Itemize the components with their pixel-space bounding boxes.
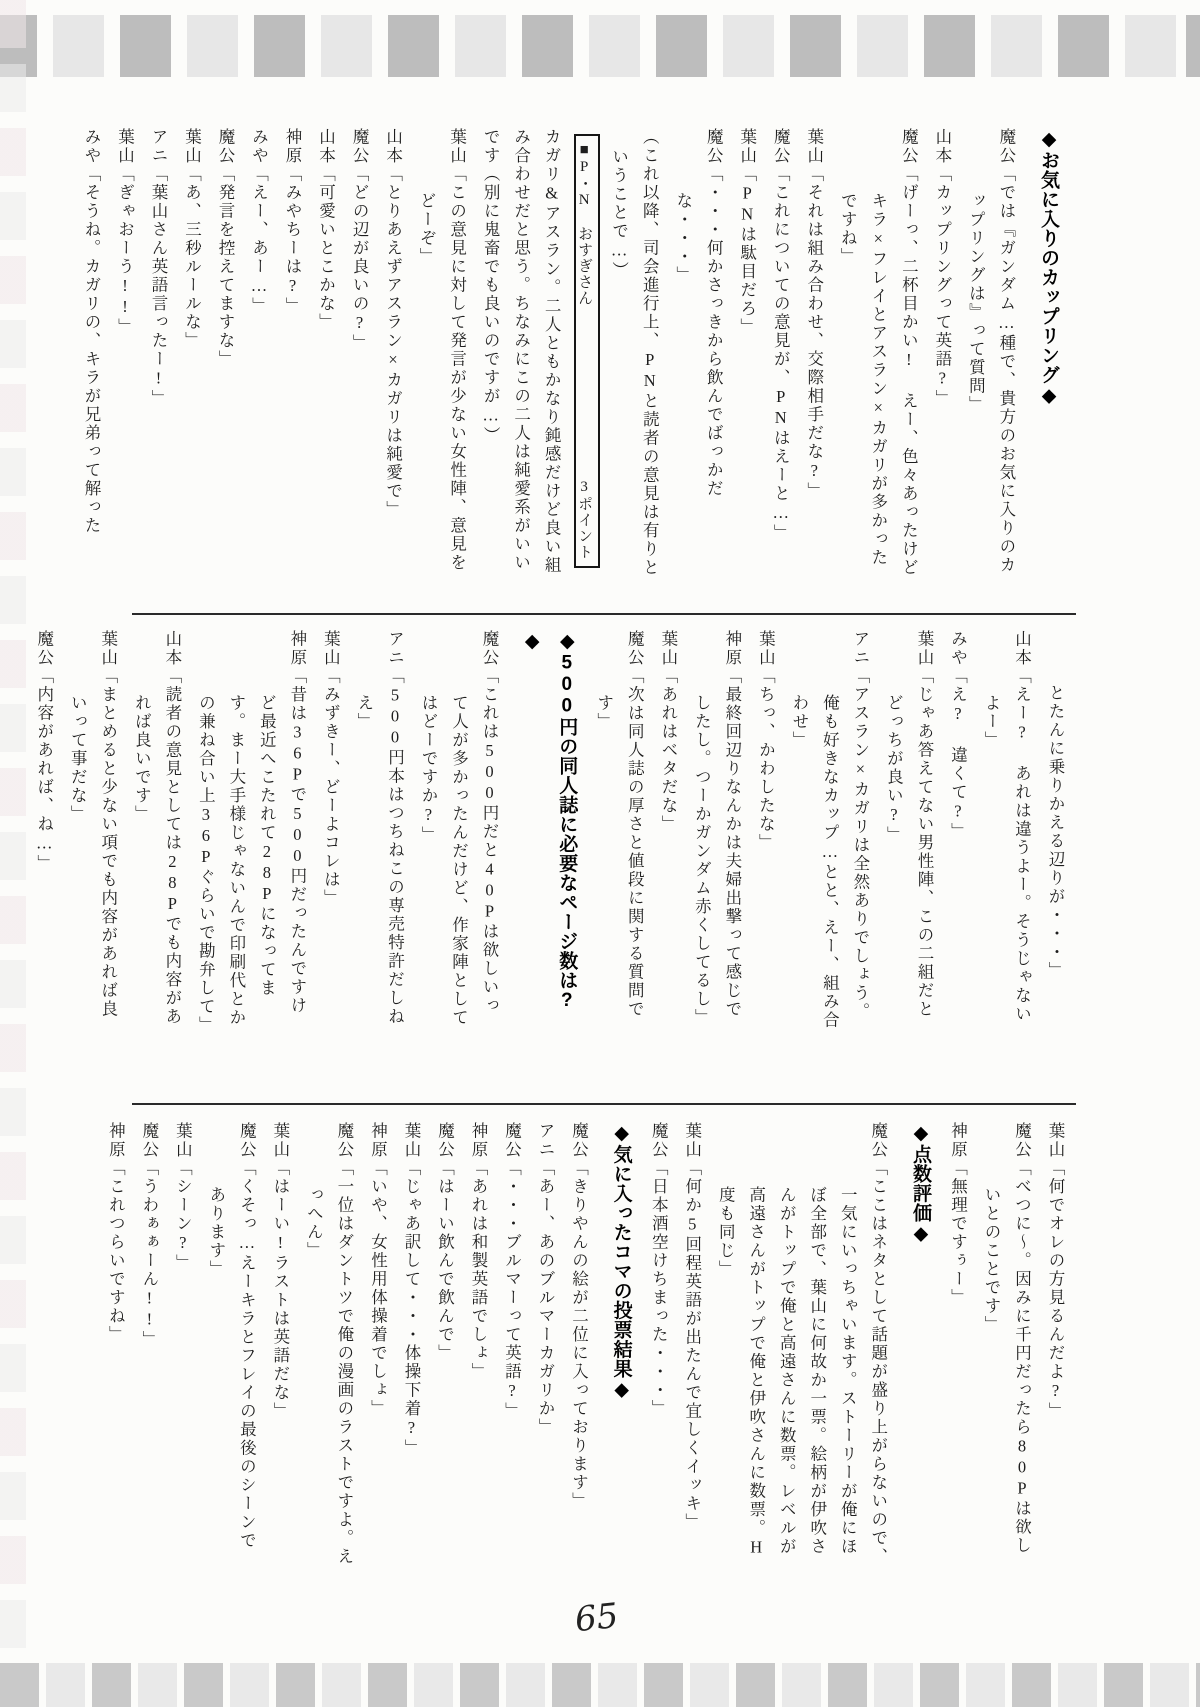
speaker-name: 魔公	[480, 630, 499, 667]
dialogue-line: 葉山「あ、三秒ルールな」	[176, 128, 207, 580]
dialogue-line: 魔公「くそっ…えーキラとフレイの最後のシーンであります」	[200, 1122, 261, 1567]
dialogue-text: 「PNは駄目だろ」	[738, 165, 757, 337]
dialogue-line: 葉山「この意見に対して発言が少ない女性陣、意見をどーぞ」	[411, 128, 472, 580]
dialogue-text: 「はーい!ラストは英語だな」	[271, 1159, 290, 1421]
speaker-name: 魔公	[625, 630, 644, 667]
dialogue-text: 「それは組み合わせ、交際相手だな?」	[805, 165, 824, 501]
dialogue-line: 山本「えー? あれは違うよー。そうじゃないよー」	[975, 630, 1036, 1030]
dialogue-text: 「アスラン×カガリは全然ありでしょう。俺も好きなカップ…とと、えー、組み合わせ」	[790, 667, 870, 1030]
speaker-name: 魔公	[216, 128, 235, 165]
dialogue-line: 葉山「じゃあ答えてない男性陣、この二組だとどっちが良い?」	[878, 630, 939, 1030]
speaker-name: みや	[82, 128, 101, 165]
dialogue-line: 魔公「内容があれば、ね…」	[28, 630, 59, 1030]
speaker-name: 葉山	[271, 1122, 290, 1159]
dialogue-line: 葉山「まとめると少ない項でも内容があれば良いって事だな」	[62, 630, 123, 1030]
speaker-name: 葉山	[173, 1122, 192, 1159]
dialogue-text: 「日本酒空けちまった・・・」	[649, 1159, 668, 1418]
dialogue-line: 神原「昔は36Pで500円だったんですけど最近へこたれて28Pになってます。まー…	[190, 630, 312, 1030]
page-number: 65	[573, 1596, 620, 1640]
dialogue-text: 「では『ガンダム…種で、貴方のお気に入りのカップリングは』って質問」	[966, 165, 1016, 575]
section-header: ◆お気に入りのカップリング◆	[1031, 128, 1066, 580]
dialogue-text: 「どの辺が良いの?」	[350, 165, 369, 353]
dialogue-text: 「みやちーは?」	[283, 165, 302, 316]
dialogue-line: 魔公「日本酒空けちまった・・・」	[643, 1122, 674, 1567]
dialogue-text: 「カップリングって英語?」	[933, 165, 952, 408]
speaker-name: 神原	[106, 1122, 125, 1159]
dialogue-text: 「あ、三秒ルールな」	[182, 165, 201, 350]
section-divider-rule	[132, 613, 1076, 615]
dialogue-line: 魔公「では『ガンダム…種で、貴方のお気に入りのカップリングは』って質問」	[960, 128, 1021, 580]
section-header: ◆点数評価◆	[903, 1122, 938, 1567]
dialogue-text: 「え? 違くて?」	[948, 667, 967, 841]
dialogue-line: 魔公「次は同人誌の厚さと値段に関する質問です」	[588, 630, 649, 1030]
dialogue-line: 神原「みやちーは?」	[277, 128, 308, 580]
dialogue-line: 魔公「これについての意見が、PNはえーと…」	[765, 128, 796, 580]
dialogue-line: 葉山「みずきー、どーよコレは」	[315, 630, 346, 1030]
dialogue-line: 魔公「ここはネタとして話題が盛り上がらないので、一気にいっちゃいます。ストーリー…	[710, 1122, 893, 1567]
dialogue-text: 「可愛いとこかな」	[317, 165, 336, 332]
top-checker-border	[0, 15, 1200, 77]
speaker-name: みや	[250, 128, 269, 165]
dialogue-line: みや「え? 違くて?」	[942, 630, 973, 1030]
dialogue-line: 神原「あれは和製英語でしょ」	[462, 1122, 493, 1567]
speaker-name: 葉山	[1046, 1122, 1065, 1159]
dialogue-text: 「はーい飲んで飲んで」	[435, 1159, 454, 1363]
speaker-name: アニ	[536, 1122, 555, 1159]
dialogue-text: 「・・・何かさっきから飲んでばっかだな・・・」	[674, 165, 724, 498]
dialogue-text: 「そうね。カガリの、キラが兄弟って解った	[82, 165, 101, 535]
speaker-name: 山本	[1012, 630, 1031, 667]
dialogue-line: 神原「これつらいですね」	[100, 1122, 131, 1567]
dialogue-line: 葉山「はーい!ラストは英語だな」	[264, 1122, 295, 1567]
speaker-name: 葉山	[448, 128, 467, 165]
speaker-name: 魔公	[140, 1122, 159, 1159]
speaker-name: アニ	[385, 630, 404, 667]
dialogue-text: 「えー? あれは違うよー。そうじゃないよー」	[982, 667, 1032, 1024]
dialogue-text: 「何でオレの方見るんだよ?」	[1046, 1159, 1065, 1421]
speaker-name: 葉山	[659, 630, 678, 667]
dialogue-line: 山本「カップリングって英語?」	[926, 128, 957, 580]
speaker-name: 魔公	[1012, 1122, 1031, 1159]
speaker-name: 魔公	[237, 1122, 256, 1159]
speaker-name: 魔公	[704, 128, 723, 165]
scanned-doujinshi-page: ◆お気に入りのカップリング◆魔公「では『ガンダム…種で、貴方のお気に入りのカップ…	[0, 0, 1200, 1707]
dialogue-line: 葉山「それは組み合わせ、交際相手だな?」	[798, 128, 829, 580]
speaker-name: 葉山	[99, 630, 118, 667]
comment-line: カガリ&アスラン。二人ともかなり鈍感だけど良い組み合わせだと思う。ちなみにこの二…	[475, 128, 567, 580]
dialogue-line: 魔公「これは500円だと40Pは欲しいって人が多かったんだけど、作家陣としてはど…	[412, 630, 504, 1030]
speaker-name: 魔公	[350, 128, 369, 165]
dialogue-text: 「昔は36Pで500円だったんですけど最近へこたれて28Pになってます。まー大手…	[196, 667, 307, 1035]
dialogue-text: 「発言を控えてますな」	[216, 165, 235, 369]
dialogue-line: 魔公「・・・ブルマーって英語?」	[496, 1122, 527, 1567]
point-label: 3ポイント	[577, 479, 597, 560]
dialogue-line: 魔公「発言を控えてますな」	[209, 128, 240, 580]
dialogue-line: 山本「可愛いとこかな」	[310, 128, 341, 580]
dialogue-line: 山本「とりあえずアスラン×カガリは純愛で」	[377, 128, 408, 580]
dialogue-text: 「げーっ、二杯目かい! えー、色々あったけどキラ×フレイとアスラン×カガリが多か…	[838, 165, 918, 577]
speaker-name: アニ	[149, 128, 168, 165]
dialogue-line: 神原「無理ですぅー」	[942, 1122, 973, 1567]
dialogue-line: アニ「あー、あのブルマーカガリか」	[530, 1122, 561, 1567]
dialogue-line: みや「えー、あー…」	[243, 128, 274, 580]
speaker-name: 魔公	[869, 1122, 888, 1159]
dialogue-line: 魔公「うわぁぁーん!!」	[133, 1122, 164, 1567]
pn-label: ■P・N おすぎさん	[577, 142, 597, 306]
speaker-name: 葉山	[805, 128, 824, 165]
speaker-name: 神原	[288, 630, 307, 667]
dialogue-text: 「これつらいですね」	[106, 1159, 125, 1344]
speaker-name: 魔公	[35, 630, 54, 667]
pn-point-box: ■P・N おすぎさん3ポイント	[574, 134, 600, 568]
dialogue-line: 魔公「べつに～。因みに千円だったら80Pは欲しいとのことです」	[975, 1122, 1036, 1567]
dialogue-line: 葉山「PNは駄目だろ」	[731, 128, 762, 580]
dialogue-text: 「ここはネタとして話題が盛り上がらないので、一気にいっちゃいます。ストーリーが俺…	[716, 1159, 888, 1566]
speaker-name: 葉山	[756, 630, 775, 667]
speaker-name: 魔公	[435, 1122, 454, 1159]
dialogue-line: 神原「いや、女性用体操着でしょ」	[362, 1122, 393, 1567]
speaker-name: 葉山	[115, 128, 134, 165]
speaker-name: 山本	[933, 128, 952, 165]
dialogue-text: 「これは500円だと40Pは欲しいって人が多かったんだけど、作家陣としてはどーで…	[419, 667, 499, 1027]
speaker-name: 魔公	[649, 1122, 668, 1159]
speaker-name: 神原	[368, 1122, 387, 1159]
dialogue-text: 「まとめると少ない項でも内容があれば良いって事だな」	[68, 667, 118, 1019]
dialogue-text: 「これについての意見が、PNはえーと…」	[771, 165, 790, 543]
continuation-line: とたんに乗りかえる辺りが・・・」	[1039, 630, 1070, 1030]
dialogue-text: 「この意見に対して発言が少ない女性陣、意見をどーぞ」	[417, 165, 467, 572]
dialogue-line: 魔公「どの辺が良いの?」	[344, 128, 375, 580]
dialogue-line: 魔公「はーい飲んで飲んで」	[429, 1122, 460, 1567]
speaker-name: 山本	[163, 630, 182, 667]
speaker-name: 魔公	[899, 128, 918, 165]
note-line: （これ以降、司会進行上、PNと読者の意見は有りということで…）	[603, 128, 664, 580]
dialogue-line: みや「そうね。カガリの、キラが兄弟って解った	[75, 128, 106, 580]
dialogue-text: 「・・・ブルマーって英語?」	[503, 1159, 522, 1421]
dialogue-line: 魔公「きりやんの絵が二位に入っております」	[563, 1122, 594, 1567]
dialogue-text: 「あれはベタだな」	[659, 667, 678, 834]
speaker-name: 魔公	[771, 128, 790, 165]
dialogue-line: 葉山「ぎゃおーう!!」	[109, 128, 140, 580]
speaker-name: 山本	[317, 128, 336, 165]
left-checker-border	[0, 0, 26, 1707]
speaker-name: 神原	[723, 630, 742, 667]
dialogue-line: 魔公「一位はダントツで俺の漫画のラストですよ。えっへん」	[298, 1122, 359, 1567]
dialogue-text: 「あれは和製英語でしょ」	[469, 1159, 488, 1381]
speaker-name: 葉山	[182, 128, 201, 165]
dialogue-line: 魔公「げーっ、二杯目かい! えー、色々あったけどキラ×フレイとアスラン×カガリが…	[832, 128, 924, 580]
section-header: ◆気に入ったコマの投票結果◆	[604, 1122, 639, 1567]
dialogue-text: 「シーン?」	[173, 1159, 192, 1273]
dialogue-line: 葉山「じゃあ訳して・・・体操下着?」	[395, 1122, 426, 1567]
dialogue-text: 「きりやんの絵が二位に入っております」	[570, 1159, 589, 1511]
speaker-name: 神原	[283, 128, 302, 165]
dialogue-text: 「じゃあ答えてない男性陣、この二組だとどっちが良い?」	[884, 667, 934, 1019]
speaker-name: 魔公	[997, 128, 1016, 165]
text-band-top: ◆お気に入りのカップリング◆魔公「では『ガンダム…種で、貴方のお気に入りのカップ…	[120, 128, 1070, 580]
dialogue-text: 「べつに～。因みに千円だったら80Pは欲しいとのことです」	[982, 1159, 1032, 1555]
dialogue-text: 「一位はダントツで俺の漫画のラストですよ。えっへん」	[304, 1159, 354, 1566]
dialogue-text: 「くそっ…えーキラとフレイの最後のシーンであります」	[207, 1159, 257, 1550]
dialogue-line: アニ「アスラン×カガリは全然ありでしょう。俺も好きなカップ…とと、えー、組み合わ…	[783, 630, 875, 1030]
dialogue-text: 「内容があれば、ね…」	[35, 667, 54, 873]
speaker-name: 葉山	[915, 630, 934, 667]
dialogue-line: 葉山「あれはベタだな」	[652, 630, 683, 1030]
section-header: ◆500円の同人誌に必要なページ数は?◆	[514, 630, 584, 1030]
speaker-name: 葉山	[402, 1122, 421, 1159]
dialogue-text: 「あー、あのブルマーカガリか」	[536, 1159, 555, 1437]
dialogue-line: 魔公「・・・何かさっきから飲んでばっかだな・・・」	[667, 128, 728, 580]
dialogue-text: 「葉山さん英語言ったー!」	[149, 165, 168, 408]
dialogue-text: 「500円本はつちねこの専売特許だしねえ」	[355, 667, 405, 1026]
speaker-name: 神原	[469, 1122, 488, 1159]
dialogue-line: 葉山「何か5回程英語が出たんで宜しくイッキ」	[676, 1122, 707, 1567]
speaker-name: アニ	[851, 630, 870, 667]
section-divider-rule	[132, 1103, 1076, 1105]
dialogue-text: 「何か5回程英語が出たんで宜しくイッキ」	[683, 1159, 702, 1532]
dialogue-text: 「読者の意見としては28Pでも内容があれば良いです」	[132, 667, 182, 1026]
bottom-checker-border	[0, 1663, 1200, 1707]
dialogue-text: 「最終回辺りなんかは夫婦出撃って感じでしたし。つーかガンダム赤くしてるし」	[692, 667, 742, 1027]
speaker-name: 葉山	[321, 630, 340, 667]
dialogue-line: 葉山「シーン?」	[167, 1122, 198, 1567]
speaker-name: 山本	[384, 128, 403, 165]
dialogue-line: 葉山「ちっ、かわしたな」	[750, 630, 781, 1030]
dialogue-line: 葉山「何でオレの方見るんだよ?」	[1039, 1122, 1070, 1567]
speaker-name: 魔公	[570, 1122, 589, 1159]
dialogue-line: アニ「葉山さん英語言ったー!」	[142, 128, 173, 580]
dialogue-text: 「うわぁぁーん!!」	[140, 1159, 159, 1349]
dialogue-text: 「みずきー、どーよコレは」	[321, 667, 340, 908]
dialogue-text: 「とりあえずアスラン×カガリは純愛で」	[384, 165, 403, 519]
dialogue-text: 「ちっ、かわしたな」	[756, 667, 775, 852]
dialogue-text: 「無理ですぅー」	[948, 1159, 967, 1307]
speaker-name: 魔公	[335, 1122, 354, 1159]
speaker-name: 葉山	[738, 128, 757, 165]
speaker-name: みや	[948, 630, 967, 667]
dialogue-text: 「えー、あー…」	[250, 165, 269, 316]
dialogue-text: 「ぎゃおーう!!」	[115, 165, 134, 337]
dialogue-text: 「次は同人誌の厚さと値段に関する質問です」	[595, 667, 645, 1019]
dialogue-line: 神原「最終回辺りなんかは夫婦出撃って感じでしたし。つーかガンダム赤くしてるし」	[686, 630, 747, 1030]
dialogue-line: アニ「500円本はつちねこの専売特許だしねえ」	[348, 630, 409, 1030]
speaker-name: 神原	[948, 1122, 967, 1159]
text-band-bottom: 葉山「何でオレの方見るんだよ?」魔公「べつに～。因みに千円だったら80Pは欲しい…	[120, 1122, 1070, 1567]
speaker-name: 葉山	[683, 1122, 702, 1159]
dialogue-line: 山本「読者の意見としては28Pでも内容があれば良いです」	[126, 630, 187, 1030]
dialogue-text: 「じゃあ訳して・・・体操下着?」	[402, 1159, 421, 1458]
text-band-middle: とたんに乗りかえる辺りが・・・」山本「えー? あれは違うよー。そうじゃないよー」…	[120, 630, 1070, 1030]
speaker-name: 魔公	[503, 1122, 522, 1159]
dialogue-text: 「いや、女性用体操着でしょ」	[368, 1159, 387, 1418]
